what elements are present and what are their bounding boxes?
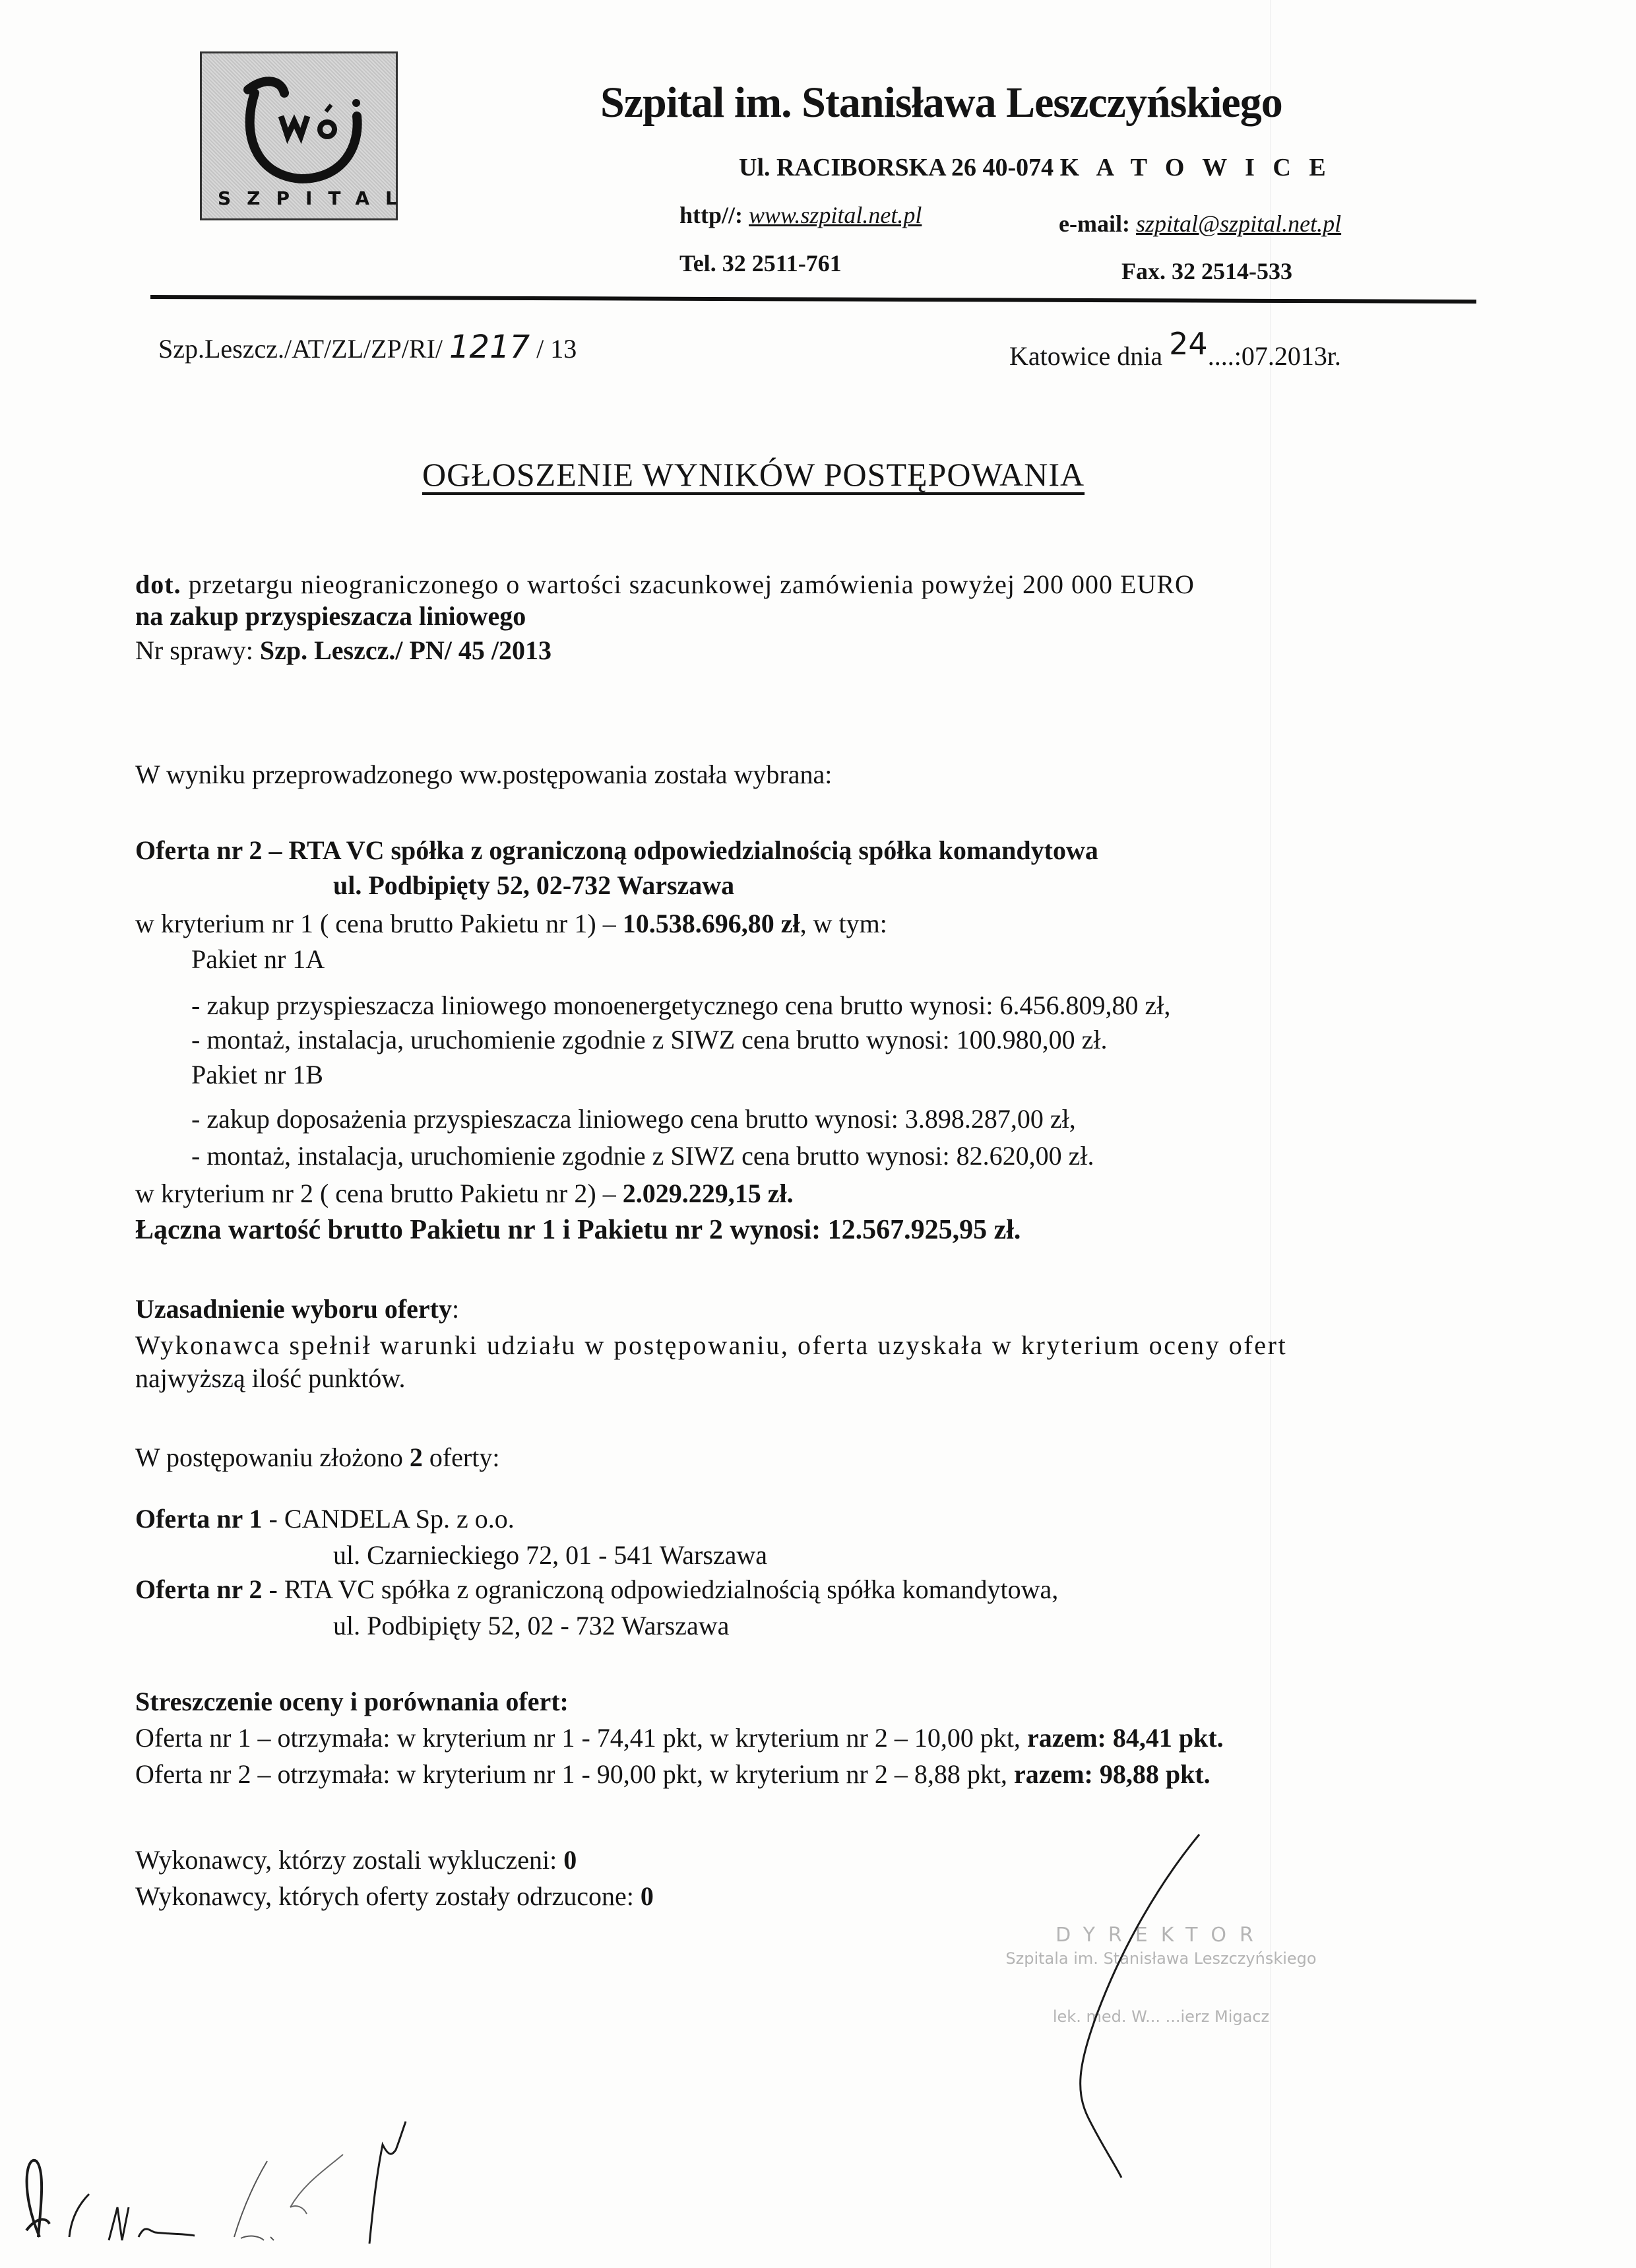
logo-wordmark: SZPITAL xyxy=(202,187,396,209)
reference-number: Szp.Leszcz./AT/ZL/ZP/RI/ 1217 / 13 xyxy=(158,329,577,366)
director-stamp: DYREKTOR Szpitala im. Stanisława Leszczy… xyxy=(950,1924,1372,2026)
pakiet-1b-item: - montaż, instalacja, uruchomienie zgodn… xyxy=(191,1140,1094,1171)
offer-2: Oferta nr 2 - RTA VC spółka z ograniczon… xyxy=(135,1574,1058,1605)
email-link[interactable]: szpital@szpital.net.pl xyxy=(1136,211,1341,237)
document-date: Katowice dnia 24....:07.2013r. xyxy=(1009,337,1341,372)
handwritten-day: 24 xyxy=(1169,326,1208,362)
hospital-website: http//: www.szpital.net.pl xyxy=(679,201,922,229)
address-city: K A T O W I C E xyxy=(1060,154,1332,181)
total-value: Łączna wartość brutto Pakietu nr 1 i Pak… xyxy=(135,1214,1021,1246)
pakiet-1a-label: Pakiet nr 1A xyxy=(191,944,325,975)
excluded-contractors: Wykonawcy, którzy zostali wykluczeni: 0 xyxy=(135,1844,577,1875)
pakiet-1a-item: - montaż, instalacja, uruchomienie zgodn… xyxy=(191,1024,1108,1055)
result-intro: W wyniku przeprowadzonego ww.postępowani… xyxy=(135,759,832,790)
subject-line-2: na zakup przyspieszacza liniowego xyxy=(135,600,526,632)
web-link[interactable]: www.szpital.net.pl xyxy=(749,202,922,228)
rejected-offers: Wykonawcy, których oferty zostały odrzuc… xyxy=(135,1881,654,1912)
offer-2-address: ul. Podbipięty 52, 02 - 732 Warszawa xyxy=(333,1610,729,1641)
case-number: Nr sprawy: Szp. Leszcz./ PN/ 45 /2013 xyxy=(135,635,551,666)
handwritten-ref: 1217 xyxy=(449,329,530,366)
email-label: e-mail: xyxy=(1059,211,1130,237)
offer-1: Oferta nr 1 - CANDELA Sp. z o.o. xyxy=(135,1503,515,1534)
letterhead-divider xyxy=(150,295,1476,304)
criterion-1: w kryterium nr 1 ( cena brutto Pakietu n… xyxy=(135,908,887,939)
justification-line-2: najwyższą ilość punktów. xyxy=(135,1363,406,1394)
web-label: http//: xyxy=(679,202,743,228)
hospital-address: Ul. RACIBORSKA 26 40-074 K A T O W I C E xyxy=(739,153,1332,182)
pakiet-1b-label: Pakiet nr 1B xyxy=(191,1059,323,1090)
evaluation-row: Oferta nr 2 – otrzymała: w kryterium nr … xyxy=(135,1759,1211,1790)
evaluation-heading: Streszczenie oceny i porównania ofert: xyxy=(135,1686,569,1717)
winner-address: ul. Podbipięty 52, 02-732 Warszawa xyxy=(333,870,734,901)
winner-line: Oferta nr 2 – RTA VC spółka z ograniczon… xyxy=(135,835,1098,866)
hospital-name: Szpital im. Stanisława Leszczyńskiego xyxy=(600,78,1282,128)
justification-line-1: Wykonawca spełnił warunki udziału w post… xyxy=(135,1330,1287,1361)
offers-count: W postępowaniu złożono 2 oferty: xyxy=(135,1442,499,1473)
hospital-phone: Tel. 32 2511-761 xyxy=(679,249,842,277)
hospital-fax: Fax. 32 2514-533 xyxy=(1121,257,1292,285)
address-street: Ul. RACIBORSKA 26 40-074 xyxy=(739,154,1054,181)
hospital-logo: SZPITAL xyxy=(200,51,398,220)
hospital-email: e-mail: szpital@szpital.net.pl xyxy=(1059,210,1341,238)
criterion-2: w kryterium nr 2 ( cena brutto Pakietu n… xyxy=(135,1178,794,1209)
subject-line-1: dot. przetargu nieograniczonego o wartoś… xyxy=(135,569,1488,600)
offer-1-address: ul. Czarnieckiego 72, 01 - 541 Warszawa xyxy=(333,1539,767,1571)
pakiet-1a-item: - zakup przyspieszacza liniowego monoene… xyxy=(191,990,1170,1021)
pakiet-1b-item: - zakup doposażenia przyspieszacza linio… xyxy=(191,1103,1076,1134)
justification-heading: Uzasadnienie wyboru oferty: xyxy=(135,1293,459,1324)
evaluation-row: Oferta nr 1 – otrzymała: w kryterium nr … xyxy=(135,1722,1224,1753)
document-title: OGŁOSZENIE WYNIKÓW POSTĘPOWANIA xyxy=(422,455,1085,494)
